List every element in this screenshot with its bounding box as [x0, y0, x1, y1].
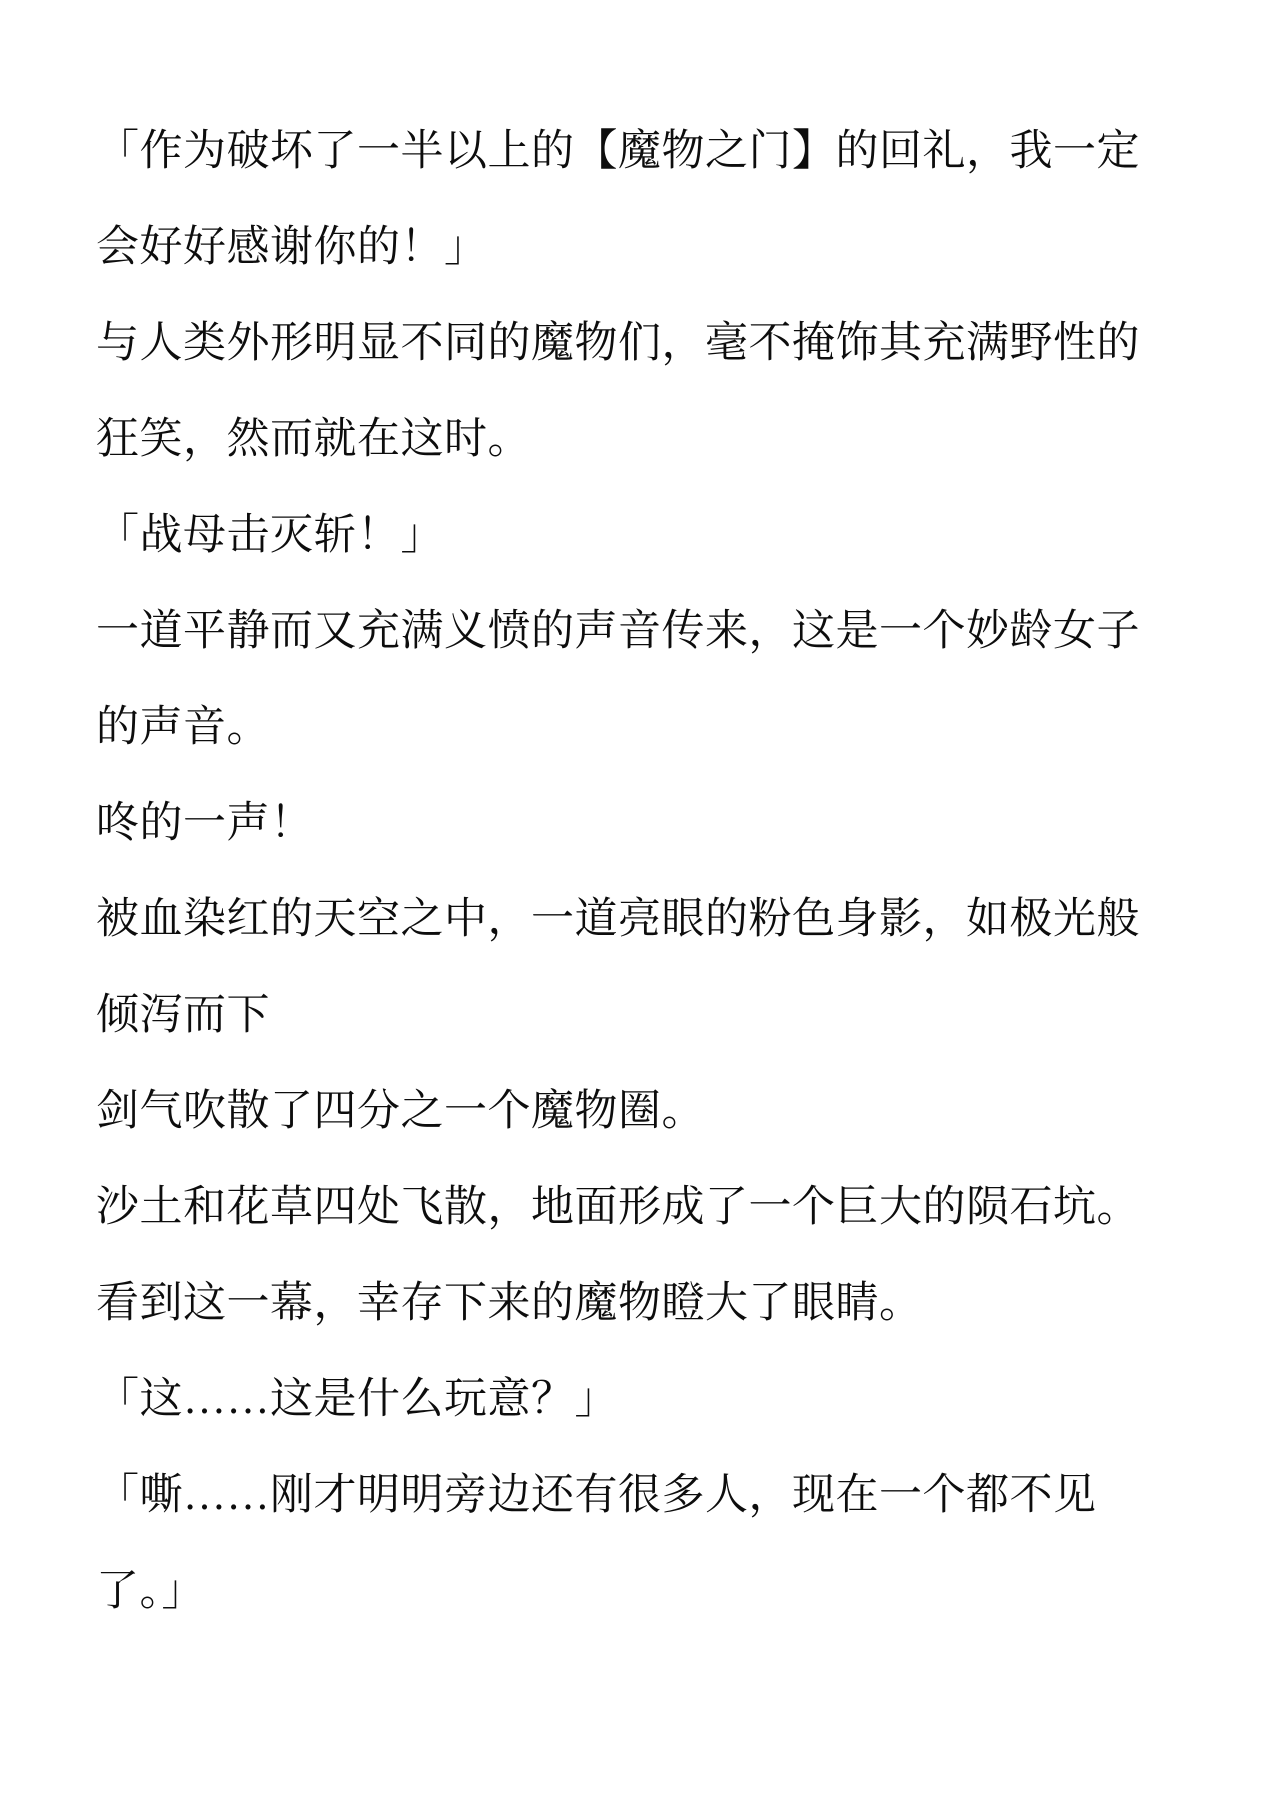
text-line: 咚的一声！	[96, 776, 1180, 872]
text-line: 「战母击灭斩！」	[96, 488, 1180, 584]
text-line: 看到这一幕，幸存下来的魔物瞪大了眼睛。	[96, 1256, 1180, 1352]
text-line: 与人类外形明显不同的魔物们，毫不掩饰其充满野性的	[96, 296, 1180, 392]
text-line: 「作为破坏了一半以上的【魔物之门】的回礼，我一定	[96, 104, 1180, 200]
text-line: 的声音。	[96, 680, 1180, 776]
text-line: 一道平静而又充满义愤的声音传来，这是一个妙龄女子	[96, 584, 1180, 680]
text-line: 狂笑，然而就在这时。	[96, 392, 1180, 488]
novel-page: 「作为破坏了一半以上的【魔物之门】的回礼，我一定 会好好感谢你的！」 与人类外形…	[0, 0, 1280, 1816]
text-line: 倾泻而下	[96, 968, 1180, 1064]
text-line: 被血染红的天空之中，一道亮眼的粉色身影，如极光般	[96, 872, 1180, 968]
text-line: 沙土和花草四处飞散，地面形成了一个巨大的陨石坑。	[96, 1160, 1180, 1256]
text-line: 剑气吹散了四分之一个魔物圈。	[96, 1064, 1180, 1160]
novel-text-block: 「作为破坏了一半以上的【魔物之门】的回礼，我一定 会好好感谢你的！」 与人类外形…	[96, 104, 1180, 1640]
text-line: 「嘶……刚才明明旁边还有很多人，现在一个都不见	[96, 1448, 1180, 1544]
text-line: 会好好感谢你的！」	[96, 200, 1180, 296]
text-line: 「这……这是什么玩意？」	[96, 1352, 1180, 1448]
text-line: 了。」	[96, 1544, 1180, 1640]
